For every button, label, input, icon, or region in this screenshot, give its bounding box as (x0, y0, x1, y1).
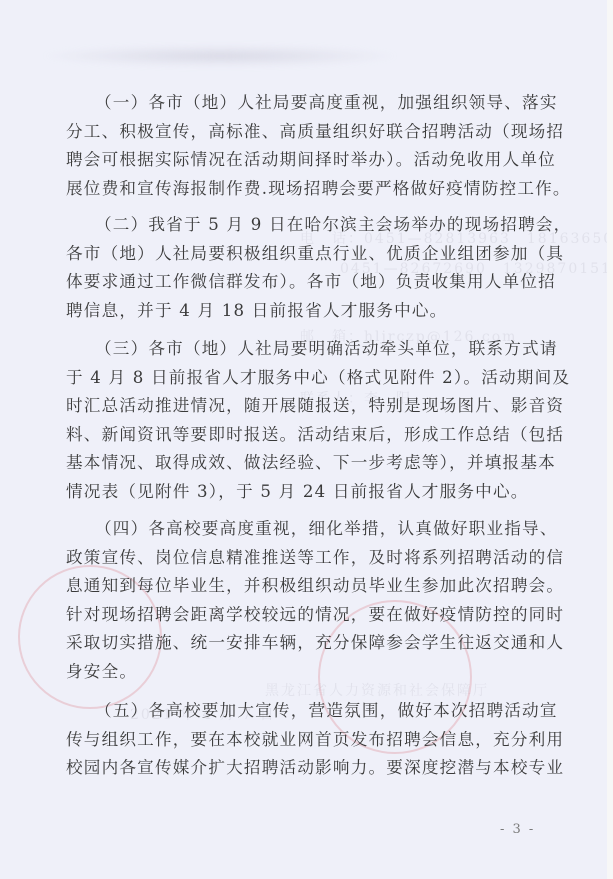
document-page: 电 话：0451—82813963 18163650735 0451—82672… (0, 0, 607, 879)
paragraph-3-line: （三）各市（地）人社局要明确活动牵头单位，联系方式请 (95, 338, 553, 360)
paragraph-3-line: 情况表（见附件 3），于 5 月 24 日前报省人才服务中心。 (66, 481, 553, 503)
paragraph-4-line: 针对现场招聘会距离学校较远的情况，要在做好疫情防控的同时 (66, 604, 553, 626)
page-number: - 3 - (500, 822, 535, 837)
paragraph-1-line: 展位费和宣传海报制作费.现场招聘会要严格做好疫情防控工作。 (66, 178, 553, 200)
paragraph-2-line: 体要求通过工作微信群发布）。各市（地）负责收集用人单位招 (66, 271, 553, 293)
paragraph-5-line: （五）各高校要加大宣传，营造氛围，做好本次招聘活动宣 (95, 700, 553, 722)
paragraph-3-line: 时汇总活动推进情况，随开展随报送，特别是现场图片、影音资 (66, 395, 553, 417)
paragraph-1-line: 聘会可根据实际情况在活动期间择时举办）。活动免收用人单位 (66, 149, 553, 171)
paragraph-3-line: 基本情况、取得成效、做法经验、下一步考虑等），并填报基本 (66, 452, 553, 474)
scan-smudge (40, 45, 400, 67)
paragraph-1-line: （一）各市（地）人社局要高度重视，加强组织领导、落实 (95, 92, 553, 114)
paragraph-4-line: （四）各高校要高度重视，细化举措，认真做好职业指导、 (95, 518, 553, 540)
paragraph-2-line: 各市（地）人社局要积极组织重点行业、优质企业组团参加（具 (66, 243, 553, 265)
paragraph-3-line: 于 4 月 8 日前报省人才服务中心（格式见附件 2）。活动期间及 (66, 367, 553, 389)
paragraph-1-line: 分工、积极宣传，高标准、高质量组织好联合招聘活动（现场招 (66, 121, 553, 143)
paragraph-5-line: 传与组织工作，要在本校就业网首页发布招聘会信息，充分利用 (66, 729, 553, 751)
scan-edge (607, 0, 613, 879)
paragraph-5-line: 校园内各宣传媒介扩大招聘活动影响力。要深度挖潜与本校专业 (66, 757, 553, 779)
paragraph-4-line: 采取切实措施、统一安排车辆，充分保障参会学生往返交通和人 (66, 632, 553, 654)
paragraph-2-line: 聘信息，并于 4 月 18 日前报省人才服务中心。 (66, 300, 553, 322)
paragraph-4-line: 息通知到每位毕业生，并积极组织动员毕业生参加此次招聘会。 (66, 575, 553, 597)
paragraph-2-line: （二）我省于 5 月 9 日在哈尔滨主会场举办的现场招聘会， (95, 214, 553, 236)
paragraph-4-line: 身安全。 (66, 661, 553, 683)
paragraph-3-line: 料、新闻资讯等要即时报送。活动结束后，形成工作总结（包括 (66, 424, 553, 446)
paragraph-4-line: 政策宣传、岗位信息精准推送等工作，及时将系列招聘活动的信 (66, 547, 553, 569)
